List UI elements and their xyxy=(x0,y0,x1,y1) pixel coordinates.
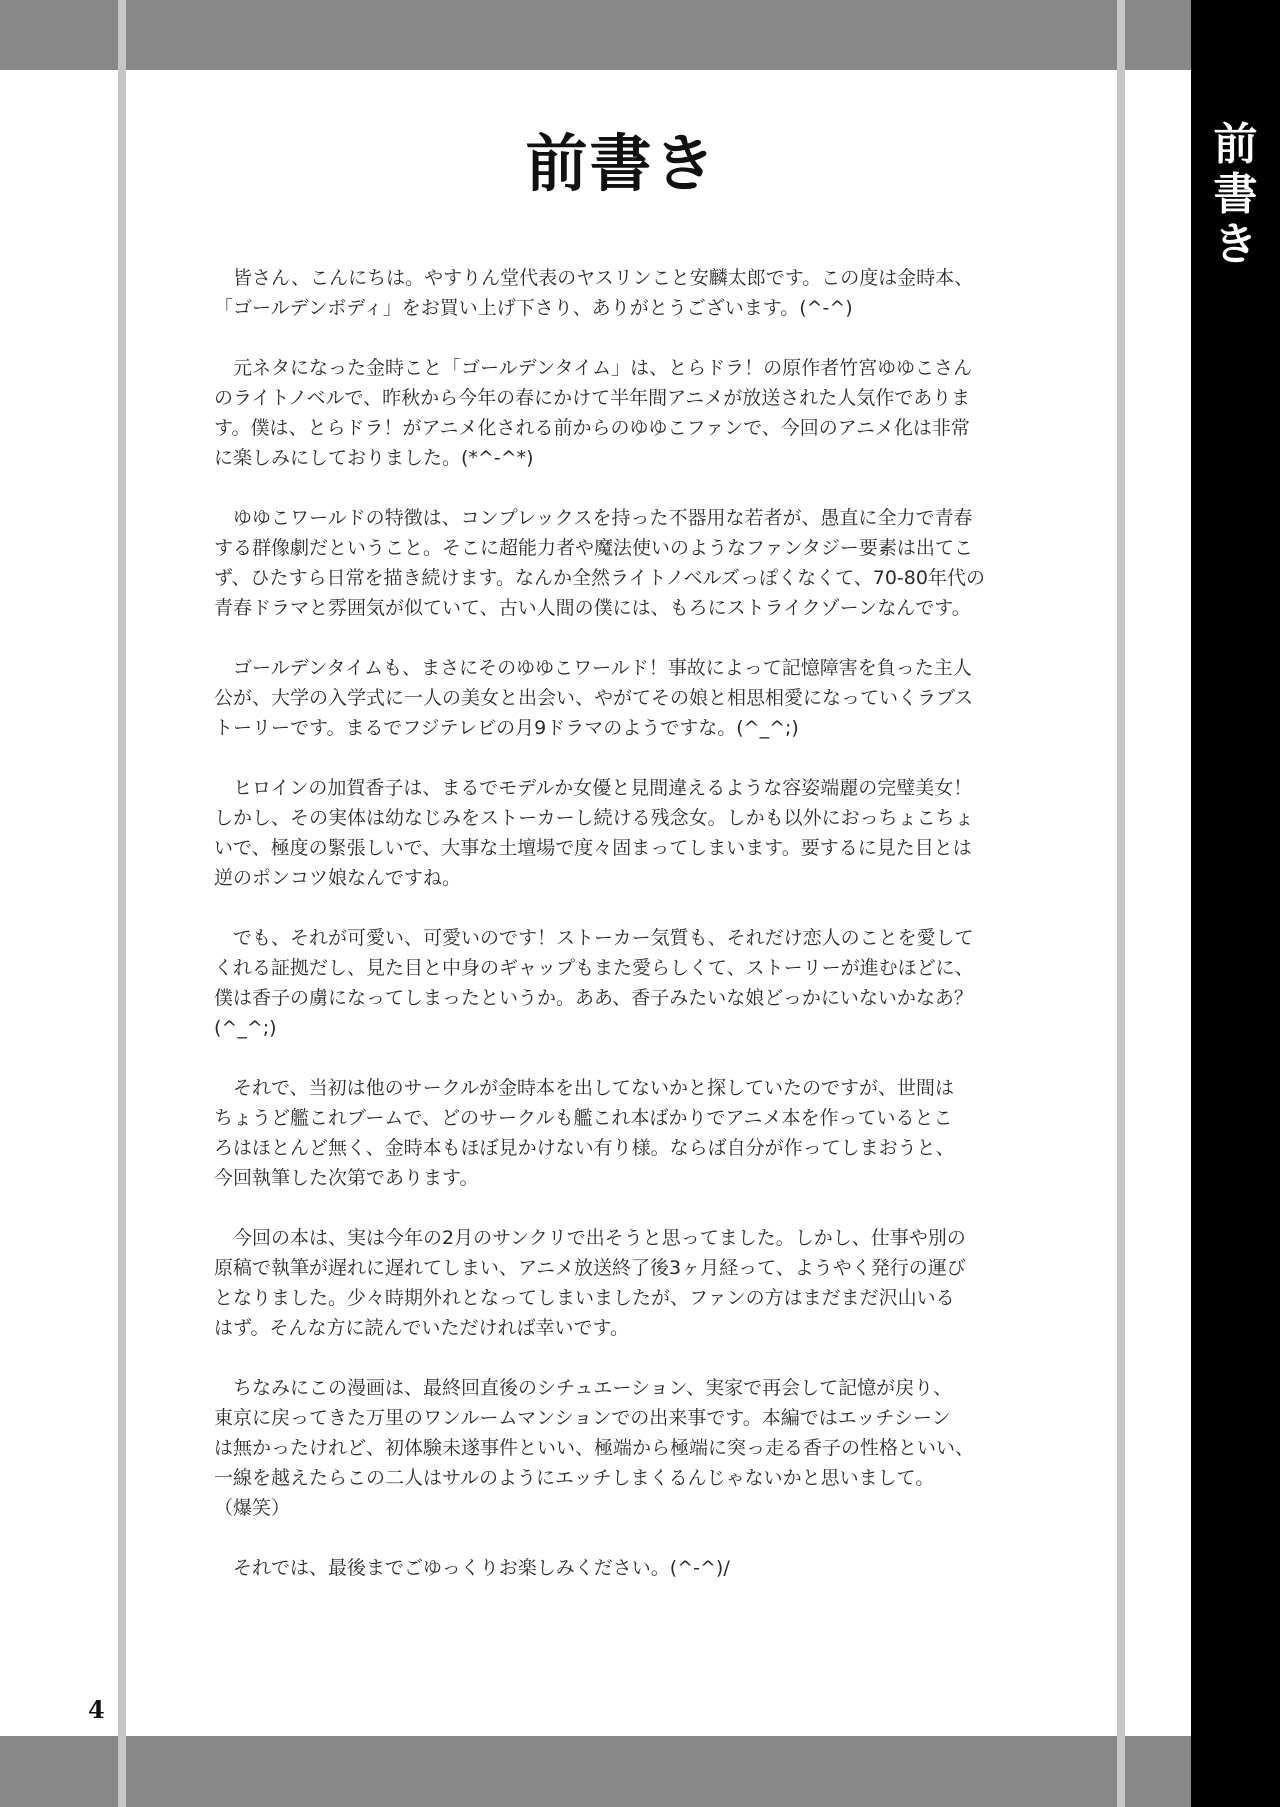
paragraph: ちなみにこの漫画は、最終回直後のシチュエーション、実家で再会して記憶が戻り、 東… xyxy=(214,1373,1024,1523)
paragraph: 元ネタになった金時こと「ゴールデンタイム」は、とらドラ！の原作者竹宮ゆゆこさん … xyxy=(214,353,1024,473)
paragraph: ゆゆこワールドの特徴は、コンプレックスを持った不器用な若者が、愚直に全力で青春 … xyxy=(214,503,1024,623)
text-line: 原稿で執筆が遅れに遅れてしまい、アニメ放送終了後3ヶ月経って、ようやく発行の運び xyxy=(214,1253,1024,1283)
text-line: 僕は香子の虜になってしまったというか。ああ、香子みたいな娘どっかにいないかなあ？ xyxy=(214,983,1024,1013)
text-line: いで、極度の緊張しいで、大事な土壇場で度々固まってしまいます。要するに見た目とは xyxy=(214,833,1024,863)
text-line: す。僕は、とらドラ！がアニメ化される前からのゆゆこファンで、今回のアニメ化は非常 xyxy=(214,413,1024,443)
side-tab-label: 前 書 き xyxy=(1191,120,1280,270)
text-line: 青春ドラマと雰囲気が似ていて、古い人間の僕には、もろにストライクゾーンなんです。 xyxy=(214,593,1024,623)
text-line: 今回執筆した次第であります。 xyxy=(214,1163,1024,1193)
text-line: ちなみにこの漫画は、最終回直後のシチュエーション、実家で再会して記憶が戻り、 xyxy=(214,1373,1024,1403)
text-line: 今回の本は、実は今年の2月のサンクリで出そうと思ってました。しかし、仕事や別の xyxy=(214,1223,1024,1253)
text-line: ゆゆこワールドの特徴は、コンプレックスを持った不器用な若者が、愚直に全力で青春 xyxy=(214,503,1024,533)
text-line: しかし、その実体は幼なじみをストーカーし続ける残念女。しかも以外におっちょこちょ xyxy=(214,803,1024,833)
right-margin-rule xyxy=(1117,0,1125,1807)
text-line: でも、それが可愛い、可愛いのです！ストーカー気質も、それだけ恋人のことを愛して xyxy=(214,923,1024,953)
chapter-side-tab: 前 書 き xyxy=(1191,0,1280,1807)
page-number: 4 xyxy=(88,1695,105,1724)
paragraph: それで、当初は他のサークルが金時本を出してないかと探していたのですが、世間は ち… xyxy=(214,1073,1024,1193)
text-line: （爆笑） xyxy=(214,1493,1024,1523)
text-line: それでは、最後までごゆっくりお楽しみください。(^-^)/ xyxy=(214,1553,1024,1583)
text-line: ヒロインの加賀香子は、まるでモデルか女優と見間違えるような容姿端麗の完璧美女！ xyxy=(214,773,1024,803)
paragraph: ゴールデンタイムも、まさにそのゆゆこワールド！事故によって記憶障害を負った主人 … xyxy=(214,653,1024,743)
side-tab-char: き xyxy=(1191,220,1280,270)
text-line: ろはほとんど無く、金時本もほぼ見かけない有り様。ならば自分が作ってしまおうと、 xyxy=(214,1133,1024,1163)
text-line: 皆さん、こんにちは。やすりん堂代表のヤスリンこと安麟太郎です。この度は金時本、 xyxy=(214,263,1024,293)
left-margin-rule xyxy=(118,0,126,1807)
text-line: 逆のポンコツ娘なんですね。 xyxy=(214,863,1024,893)
text-line: トーリーです。まるでフジテレビの月9ドラマのようですな。(^_^;) xyxy=(214,713,1024,743)
text-line: (^_^;) xyxy=(214,1013,1024,1043)
text-line: 一線を越えたらこの二人はサルのようにエッチしまくるんじゃないかと思いまして。 xyxy=(214,1463,1024,1493)
top-gray-band xyxy=(0,0,1191,70)
text-line: くれる証拠だし、見た目と中身のギャップもまた愛らしくて、ストーリーが進むほどに、 xyxy=(214,953,1024,983)
text-line: 公が、大学の入学式に一人の美女と出会い、やがてその娘と相思相愛になっていくラブス xyxy=(214,683,1024,713)
text-line: となりました。少々時期外れとなってしまいましたが、ファンの方はまだまだ沢山いる xyxy=(214,1283,1024,1313)
text-line: 元ネタになった金時こと「ゴールデンタイム」は、とらドラ！の原作者竹宮ゆゆこさん xyxy=(214,353,1024,383)
preface-body: 皆さん、こんにちは。やすりん堂代表のヤスリンこと安麟太郎です。この度は金時本、 … xyxy=(214,263,1024,1613)
text-line: 東京に戻ってきた万里のワンルームマンションでの出来事です。本編ではエッチシーン xyxy=(214,1403,1024,1433)
text-line: のライトノベルで、昨秋から今年の春にかけて半年間アニメが放送された人気作でありま xyxy=(214,383,1024,413)
text-line: ちょうど艦これブームで、どのサークルも艦これ本ばかりでアニメ本を作っているとこ xyxy=(214,1103,1024,1133)
text-line: に楽しみにしておりました。(*^-^*) xyxy=(214,443,1024,473)
text-line: ゴールデンタイムも、まさにそのゆゆこワールド！事故によって記憶障害を負った主人 xyxy=(214,653,1024,683)
side-tab-char: 書 xyxy=(1191,170,1280,220)
page-title: 前書き xyxy=(126,124,1117,204)
paragraph: でも、それが可愛い、可愛いのです！ストーカー気質も、それだけ恋人のことを愛して … xyxy=(214,923,1024,1043)
paragraph: 皆さん、こんにちは。やすりん堂代表のヤスリンこと安麟太郎です。この度は金時本、 … xyxy=(214,263,1024,323)
bottom-gray-band xyxy=(0,1736,1191,1807)
text-line: ず、ひたすら日常を描き続けます。なんか全然ライトノベルズっぽくなくて、70-80… xyxy=(214,563,1024,593)
text-line: する群像劇だということ。そこに超能力者や魔法使いのようなファンタジー要素は出てこ xyxy=(214,533,1024,563)
text-line: それで、当初は他のサークルが金時本を出してないかと探していたのですが、世間は xyxy=(214,1073,1024,1103)
text-line: は無かったけれど、初体験未遂事件といい、極端から極端に突っ走る香子の性格といい、 xyxy=(214,1433,1024,1463)
side-tab-char: 前 xyxy=(1191,120,1280,170)
paragraph: ヒロインの加賀香子は、まるでモデルか女優と見間違えるような容姿端麗の完璧美女！ … xyxy=(214,773,1024,893)
text-line: はず。そんな方に読んでいただければ幸いです。 xyxy=(214,1313,1024,1343)
paragraph: それでは、最後までごゆっくりお楽しみください。(^-^)/ xyxy=(214,1553,1024,1583)
text-line: 「ゴールデンボディ」をお買い上げ下さり、ありがとうございます。(^-^) xyxy=(214,293,1024,323)
paragraph: 今回の本は、実は今年の2月のサンクリで出そうと思ってました。しかし、仕事や別の … xyxy=(214,1223,1024,1343)
